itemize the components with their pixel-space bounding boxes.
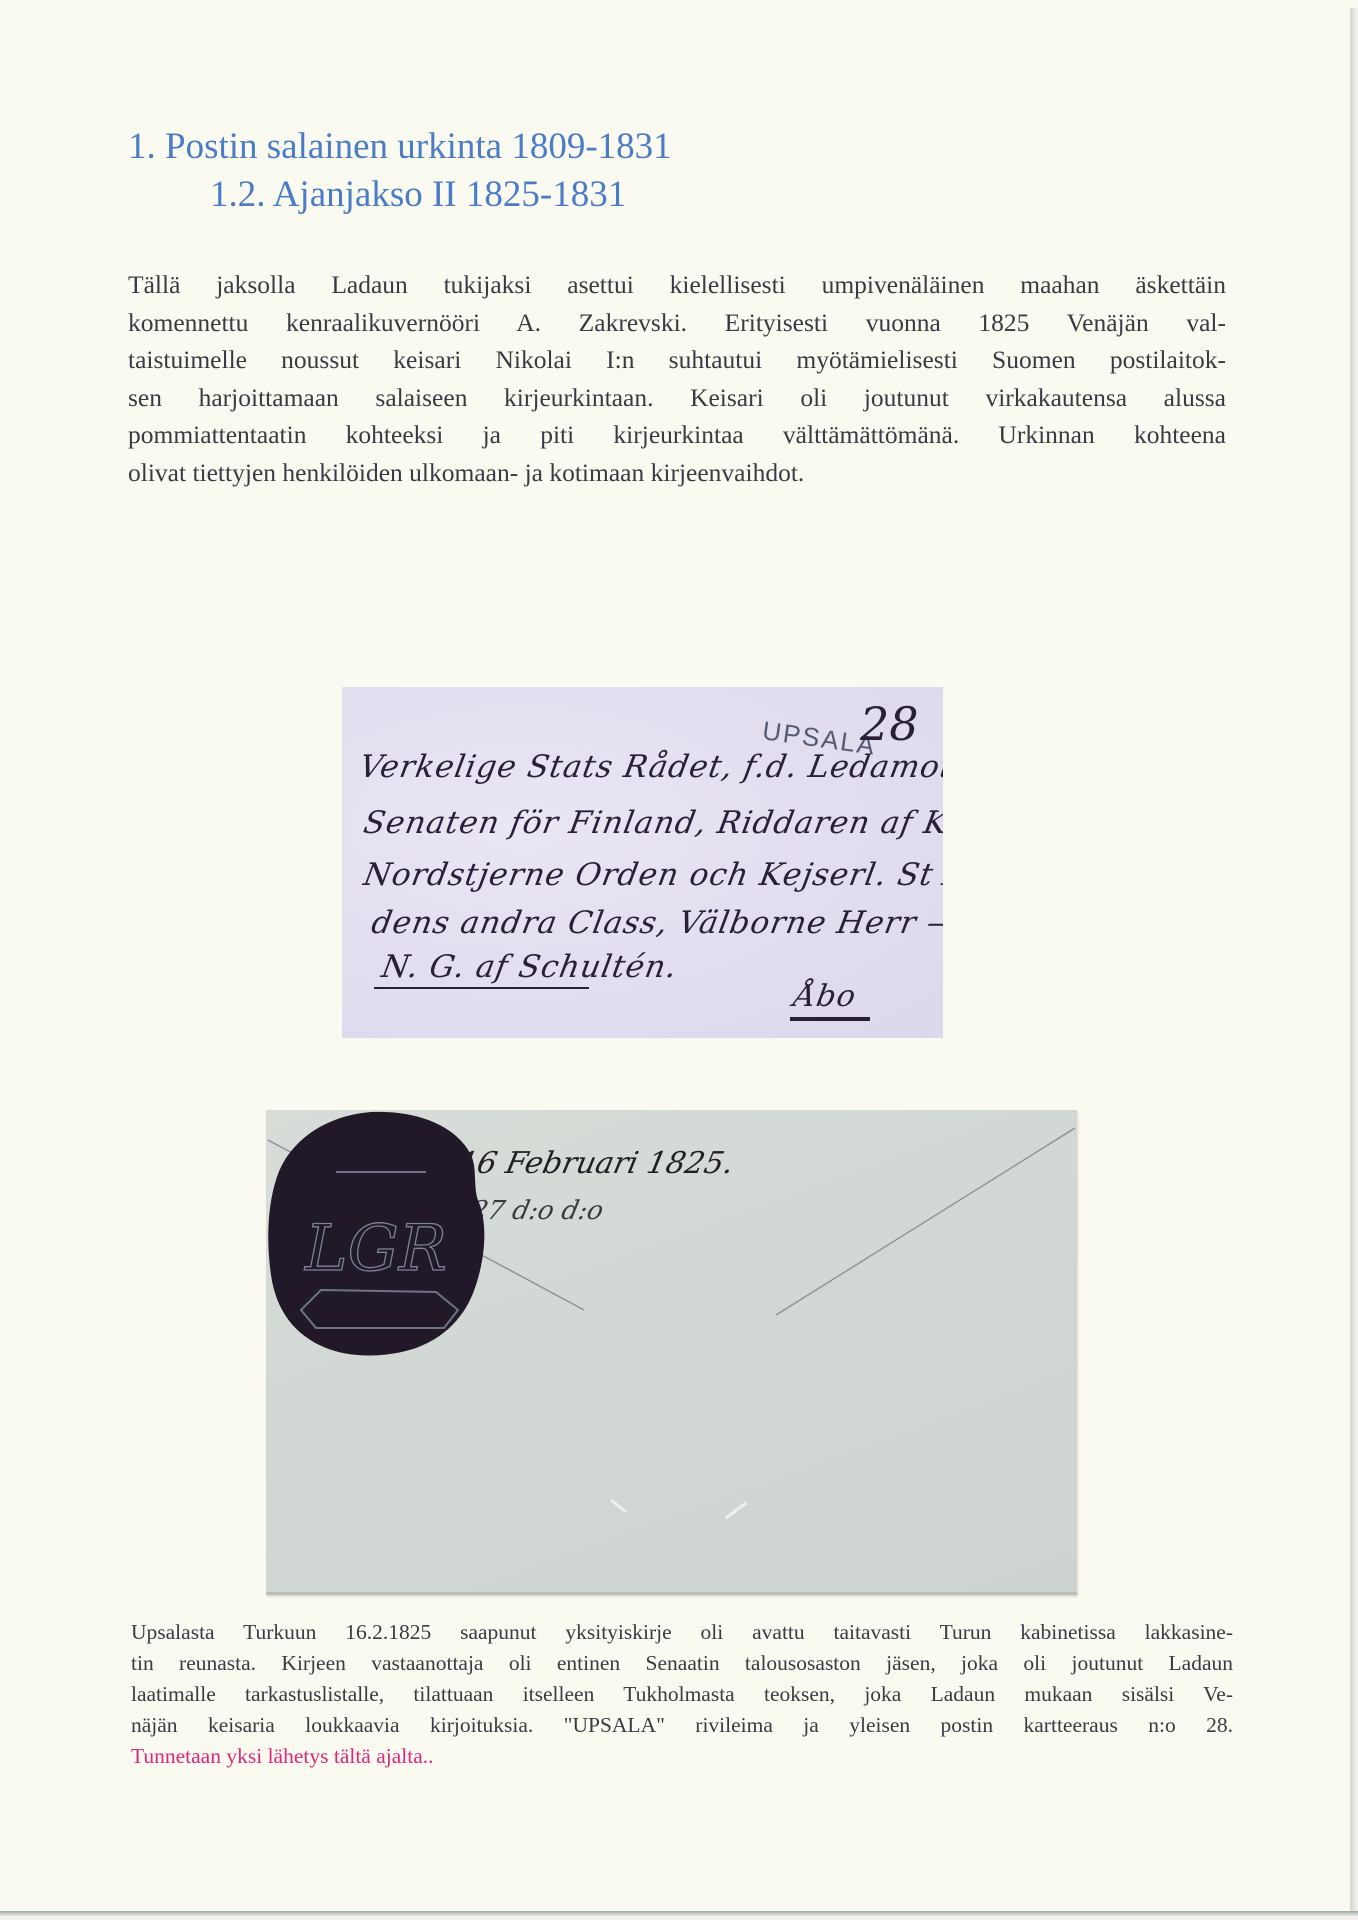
page-edge-bottom bbox=[0, 1911, 1358, 1920]
intro-line: pommiattentaatin kohteeksi ja piti kirje… bbox=[128, 416, 1226, 454]
intro-line: komennettu kenraalikuvernööri A. Zakrevs… bbox=[128, 304, 1226, 342]
caption-line: näjän keisaria loukkaavia kirjoituksia. … bbox=[131, 1710, 1233, 1741]
caption-paragraph: Upsalasta Turkuun 16.2.1825 saapunut yks… bbox=[131, 1617, 1233, 1772]
address-line: Senaten för Finland, Riddaren af Kongl. … bbox=[361, 805, 943, 841]
address-line: N. G. af Schultén. bbox=[379, 949, 680, 985]
address-photo: UPSALA 28 Verkelige Stats Rådet, f.d. Le… bbox=[342, 687, 943, 1038]
address-line: Nordstjerne Orden och Kejserl. St Anna O… bbox=[361, 857, 943, 893]
rate-number: 28 bbox=[860, 697, 919, 751]
address-line: Verkelige Stats Rådet, f.d. Ledamoten af… bbox=[357, 749, 943, 785]
caption-note: Tunnetaan yksi lähetys tältä ajalta.. bbox=[131, 1741, 1233, 1772]
destination-underline bbox=[790, 1017, 870, 1021]
intro-line: sen harjoittamaan salaiseen kirjeurkinta… bbox=[128, 379, 1226, 417]
caption-line: Upsalasta Turkuun 16.2.1825 saapunut yks… bbox=[131, 1617, 1233, 1648]
wax-seal-icon: LGR bbox=[266, 1110, 486, 1360]
caption-line: tin reunasta. Kirjeen vastaanottaja oli … bbox=[131, 1648, 1233, 1679]
intro-paragraph: Tällä jaksolla Ladaun tukijaksi asettui … bbox=[128, 266, 1226, 491]
name-underline bbox=[374, 987, 589, 989]
svg-text:LGR: LGR bbox=[304, 1212, 447, 1286]
caption-line: laatimalle tarkastuslistalle, tilattuaan… bbox=[131, 1679, 1233, 1710]
envelope-back-photo: Sth: d: 16 Februari 1825. Andt: d: 27 d:… bbox=[266, 1110, 1077, 1595]
page-title: 1. Postin salainen urkinta 1809-1831 bbox=[128, 124, 672, 170]
intro-line: taistuimelle noussut keisari Nikolai I:n… bbox=[128, 341, 1226, 379]
destination-abo: Åbo bbox=[791, 979, 859, 1014]
page-edge-right bbox=[1350, 8, 1358, 1912]
intro-line: Tällä jaksolla Ladaun tukijaksi asettui … bbox=[128, 266, 1226, 304]
address-line: dens andra Class, Välborne Herr — bbox=[369, 905, 943, 941]
page-subtitle: 1.2. Ajanjakso II 1825-1831 bbox=[210, 172, 626, 218]
intro-line: olivat tiettyjen henkilöiden ulkomaan- j… bbox=[128, 454, 1226, 492]
